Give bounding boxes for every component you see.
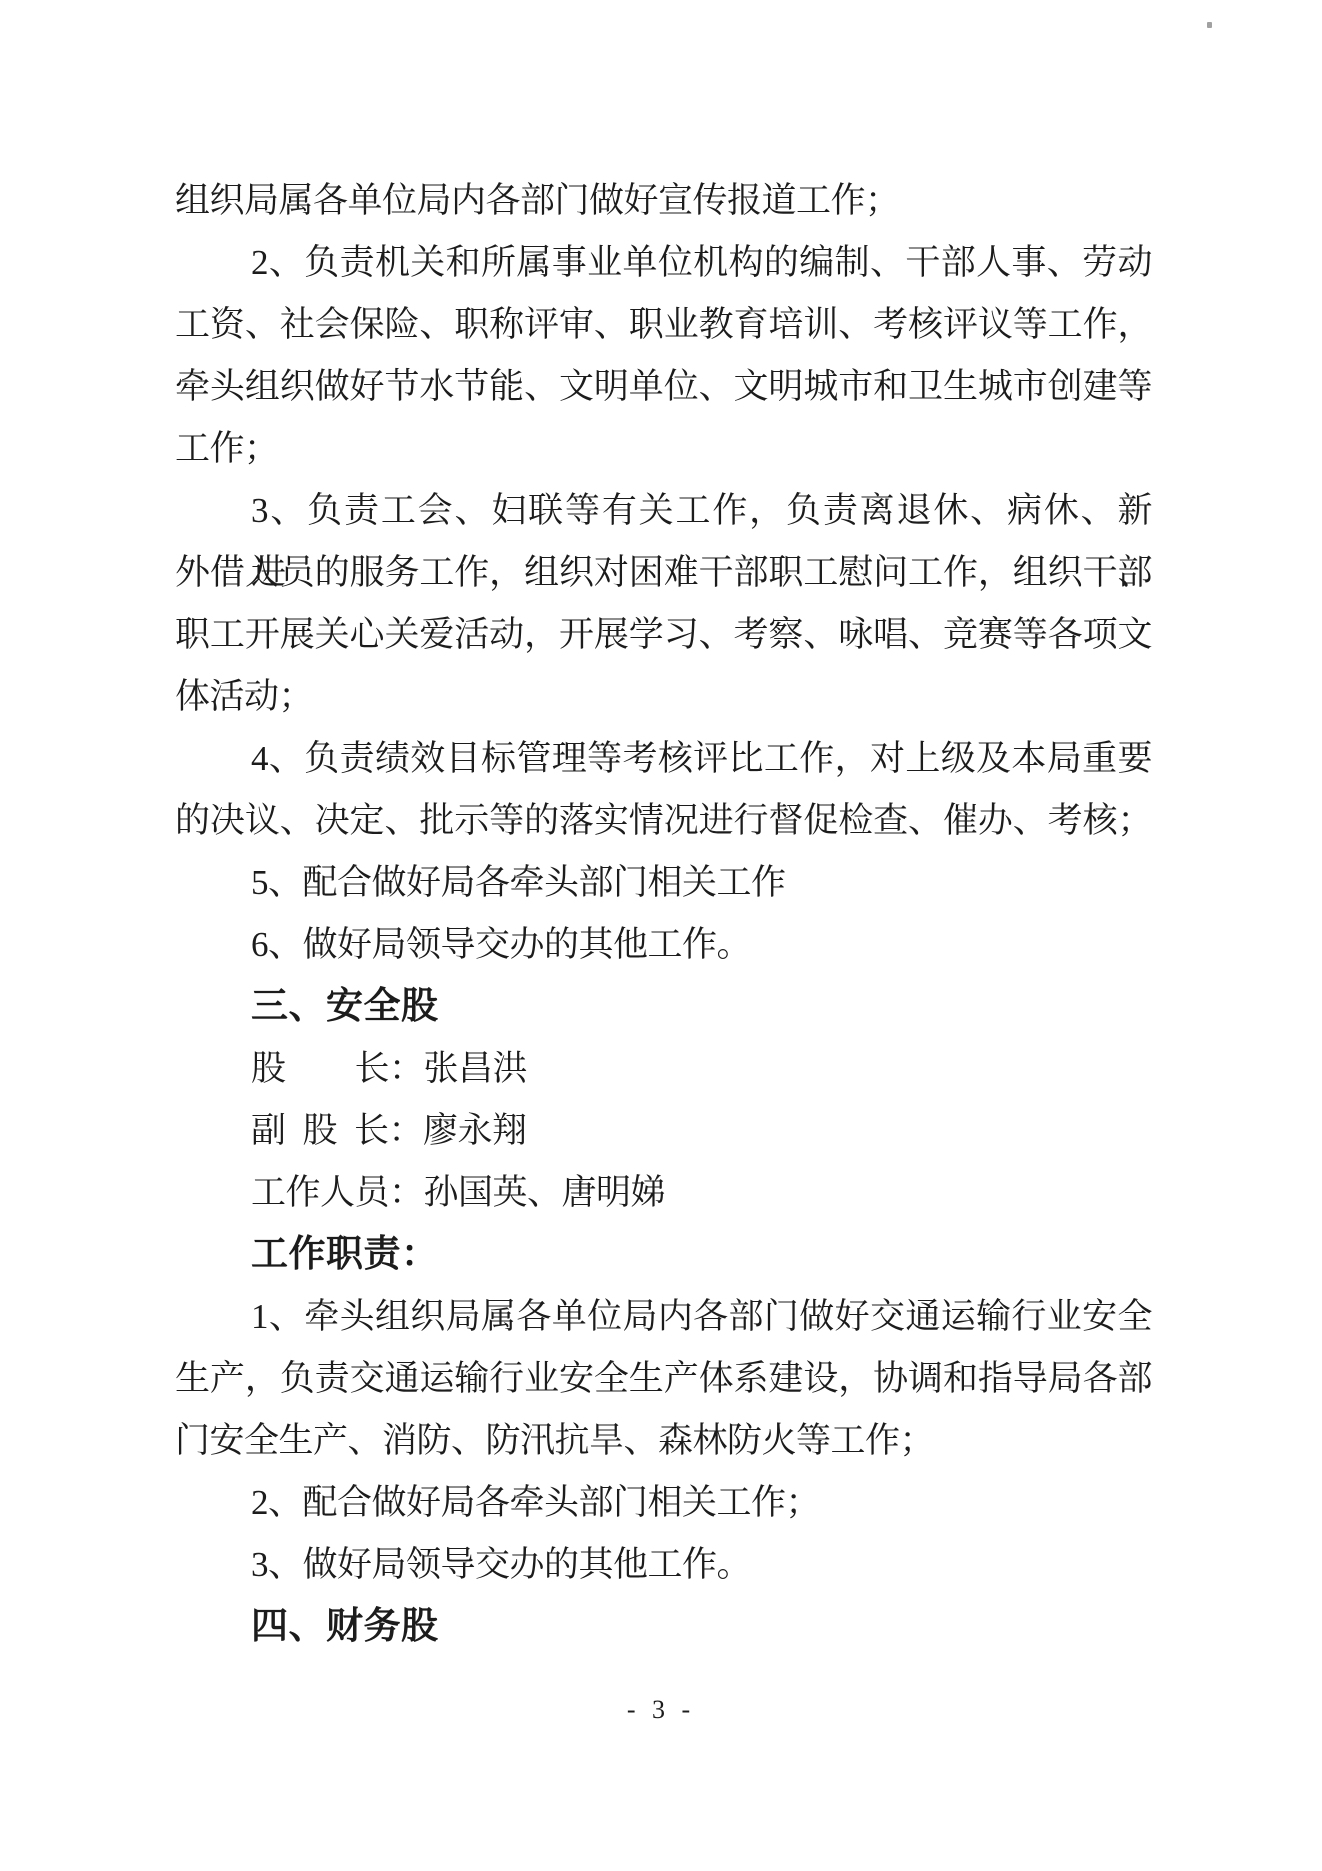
section-heading: 工作职责： (175, 1224, 1152, 1286)
text-line: 工作人员：孙国英、唐明娣 (175, 1162, 1152, 1224)
text-line: 2、配合做好局各牵头部门相关工作； (175, 1472, 1152, 1534)
text-line: 体活动； (175, 666, 1152, 728)
text-line: 3、做好局领导交办的其他工作。 (175, 1534, 1152, 1596)
section-heading: 四、财务股 (175, 1596, 1152, 1658)
text-line: 职工开展关心关爱活动，开展学习、考察、咏唱、竞赛等各项文 (175, 604, 1152, 666)
text-line: 生产，负责交通运输行业安全生产体系建设，协调和指导局各部 (175, 1348, 1152, 1410)
text-line: 牵头组织做好节水节能、文明单位、文明城市和卫生城市创建等 (175, 356, 1152, 418)
text-line: 工资、社会保险、职称评审、职业教育培训、考核评议等工作， (175, 294, 1152, 356)
section-heading: 三、安全股 (175, 976, 1152, 1038)
document-body: 组织局属各单位局内各部门做好宣传报道工作；2、负责机关和所属事业单位机构的编制、… (175, 170, 1152, 1658)
text-line: 4、负责绩效目标管理等考核评比工作，对上级及本局重要 (175, 728, 1152, 790)
text-line: 工作； (175, 418, 1152, 480)
text-line: 3、负责工会、妇联等有关工作，负责离退休、病休、新进、 (175, 480, 1152, 542)
text-line: 副 股 长：廖永翔 (175, 1100, 1152, 1162)
text-line: 1、牵头组织局属各单位局内各部门做好交通运输行业安全 (175, 1286, 1152, 1348)
text-line: 组织局属各单位局内各部门做好宣传报道工作； (175, 170, 1152, 232)
text-line: 5、配合做好局各牵头部门相关工作 (175, 852, 1152, 914)
text-line: 门安全生产、消防、防汛抗旱、森林防火等工作； (175, 1410, 1152, 1472)
text-line: 2、负责机关和所属事业单位机构的编制、干部人事、劳动 (175, 232, 1152, 294)
document-page: 组织局属各单位局内各部门做好宣传报道工作；2、负责机关和所属事业单位机构的编制、… (0, 0, 1322, 1871)
text-line: 股 长：张昌洪 (175, 1038, 1152, 1100)
text-line: 外借人员的服务工作，组织对困难干部职工慰问工作，组织干部 (175, 542, 1152, 604)
page-number: - 3 - (0, 1695, 1322, 1725)
scan-speck (1207, 22, 1212, 28)
text-line: 6、做好局领导交办的其他工作。 (175, 914, 1152, 976)
text-line: 的决议、决定、批示等的落实情况进行督促检查、催办、考核； (175, 790, 1152, 852)
